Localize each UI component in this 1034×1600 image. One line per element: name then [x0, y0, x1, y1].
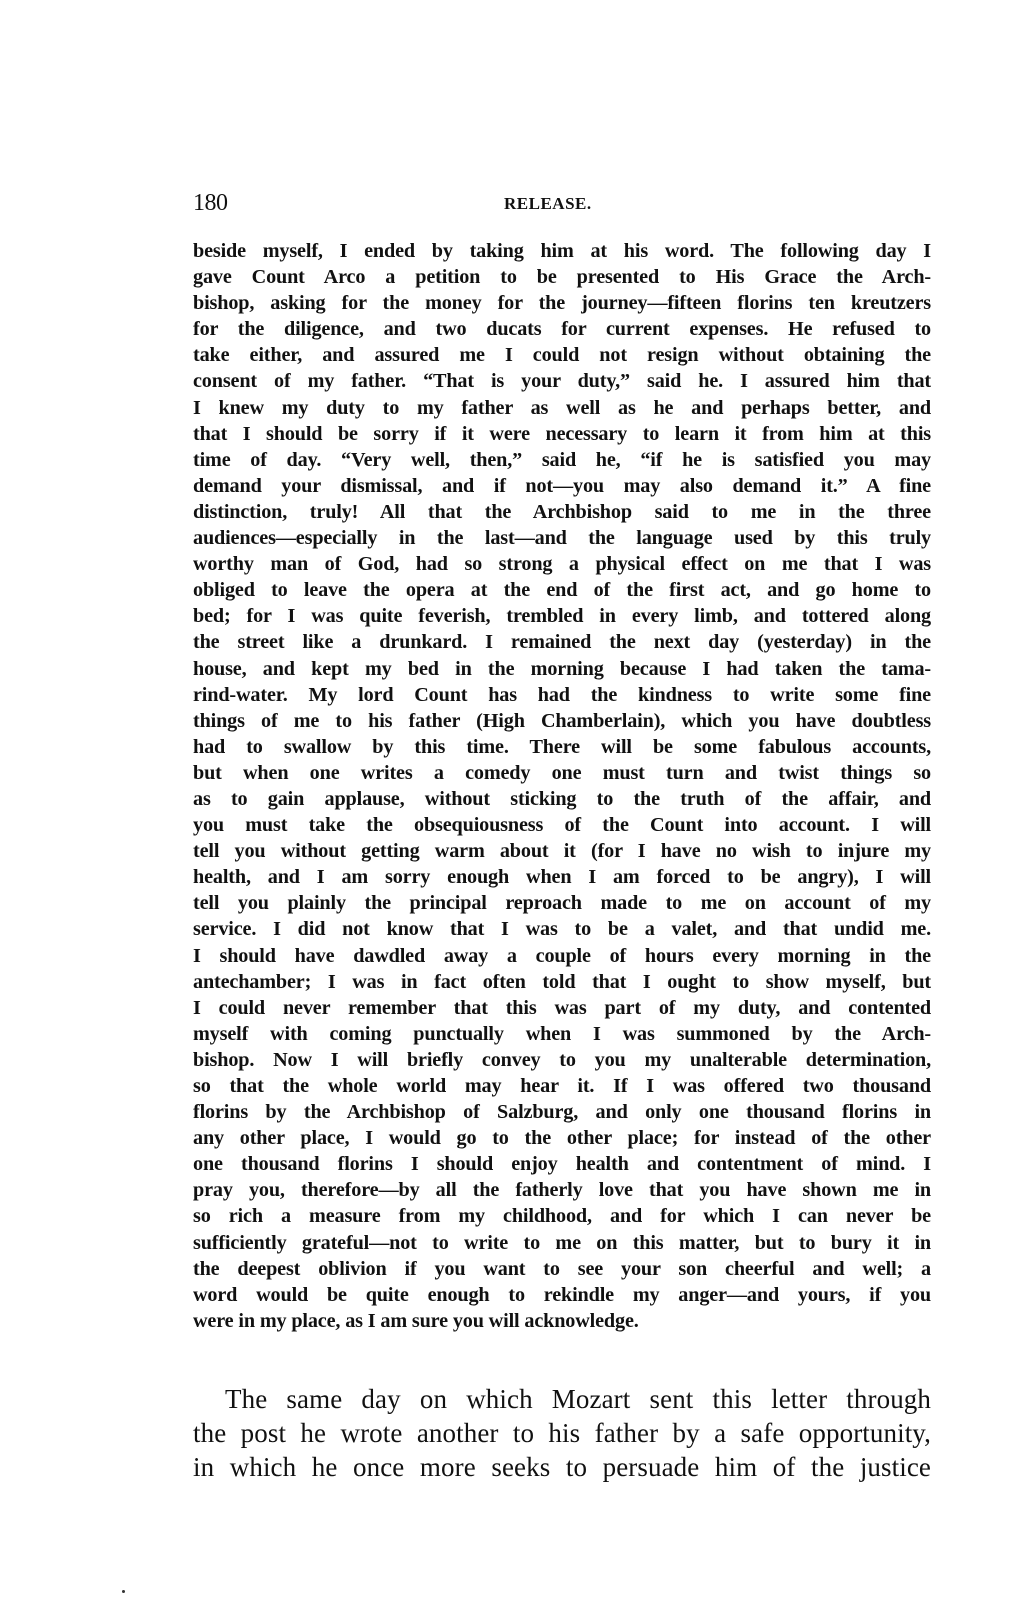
text-line: any other place, I would go to the other… [193, 1125, 931, 1151]
narrative-paragraph: The same day on which Mozart sent this l… [193, 1382, 931, 1484]
text-line: obliged to leave the opera at the end of… [193, 577, 931, 603]
page-number: 180 [193, 188, 228, 218]
text-line: the street like a drunkard. I remained t… [193, 629, 931, 655]
running-title: RELEASE. [504, 190, 592, 218]
text-line: so that the whole world may hear it. If … [193, 1073, 931, 1099]
text-line: audiences—especially in the last—and the… [193, 525, 931, 551]
text-line: I knew my duty to my father as well as h… [193, 395, 931, 421]
text-line: time of day. “Very well, then,” said he,… [193, 447, 931, 473]
text-line: bishop. Now I will briefly convey to you… [193, 1047, 931, 1073]
text-line: the deepest oblivion if you want to see … [193, 1256, 931, 1282]
text-line: take either, and assured me I could not … [193, 342, 931, 368]
text-line: one thousand florins I should enjoy heal… [193, 1151, 931, 1177]
text-line: pray you, therefore—by all the fatherly … [193, 1177, 931, 1203]
text-line: bishop, asking for the money for the jou… [193, 290, 931, 316]
text-line: tell you without getting warm about it (… [193, 838, 931, 864]
narrative-line: the post he wrote another to his father … [193, 1416, 931, 1450]
text-line: service. I did not know that I was to be… [193, 916, 931, 942]
text-line: florins by the Archbishop of Salzburg, a… [193, 1099, 931, 1125]
text-line: but when one writes a comedy one must tu… [193, 760, 931, 786]
text-line: bed; for I was quite feverish, trembled … [193, 603, 931, 629]
text-line: things of me to his father (High Chamber… [193, 708, 931, 734]
text-line: house, and kept my bed in the morning be… [193, 656, 931, 682]
text-line: I should have dawdled away a couple of h… [193, 943, 931, 969]
text-line: word would be quite enough to rekindle m… [193, 1282, 931, 1308]
text-line: so rich a measure from my childhood, and… [193, 1203, 931, 1229]
book-page: 180 RELEASE. beside myself, I ended by t… [193, 0, 931, 1600]
text-line: myself with coming punctually when I was… [193, 1021, 931, 1047]
text-line: health, and I am sorry enough when I am … [193, 864, 931, 890]
text-line: demand your dismissal, and if not—you ma… [193, 473, 931, 499]
text-line: distinction, truly! All that the Archbis… [193, 499, 931, 525]
text-line: tell you plainly the principal reproach … [193, 890, 931, 916]
text-line: as to gain applause, without sticking to… [193, 786, 931, 812]
text-line: sufficiently grateful—not to write to me… [193, 1230, 931, 1256]
text-line: had to swallow by this time. There will … [193, 734, 931, 760]
text-line: for the diligence, and two ducats for cu… [193, 316, 931, 342]
text-line: that I should be sorry if it were necess… [193, 421, 931, 447]
letter-text-block: beside myself, I ended by taking him at … [193, 238, 931, 1334]
text-line: consent of my father. “That is your duty… [193, 368, 931, 394]
scan-artifact [122, 1590, 125, 1593]
text-line: rind-water. My lord Count has had the ki… [193, 682, 931, 708]
text-line: gave Count Arco a petition to be present… [193, 264, 931, 290]
text-line: you must take the obsequiousness of the … [193, 812, 931, 838]
narrative-line: in which he once more seeks to persuade … [193, 1450, 931, 1484]
text-line: beside myself, I ended by taking him at … [193, 238, 931, 264]
text-line: were in my place, as I am sure you will … [193, 1308, 931, 1334]
text-line: antechamber; I was in fact often told th… [193, 969, 931, 995]
running-head: 180 RELEASE. [193, 188, 931, 218]
text-line: I could never remember that this was par… [193, 995, 931, 1021]
text-line: worthy man of God, had so strong a physi… [193, 551, 931, 577]
narrative-line: The same day on which Mozart sent this l… [193, 1382, 931, 1416]
